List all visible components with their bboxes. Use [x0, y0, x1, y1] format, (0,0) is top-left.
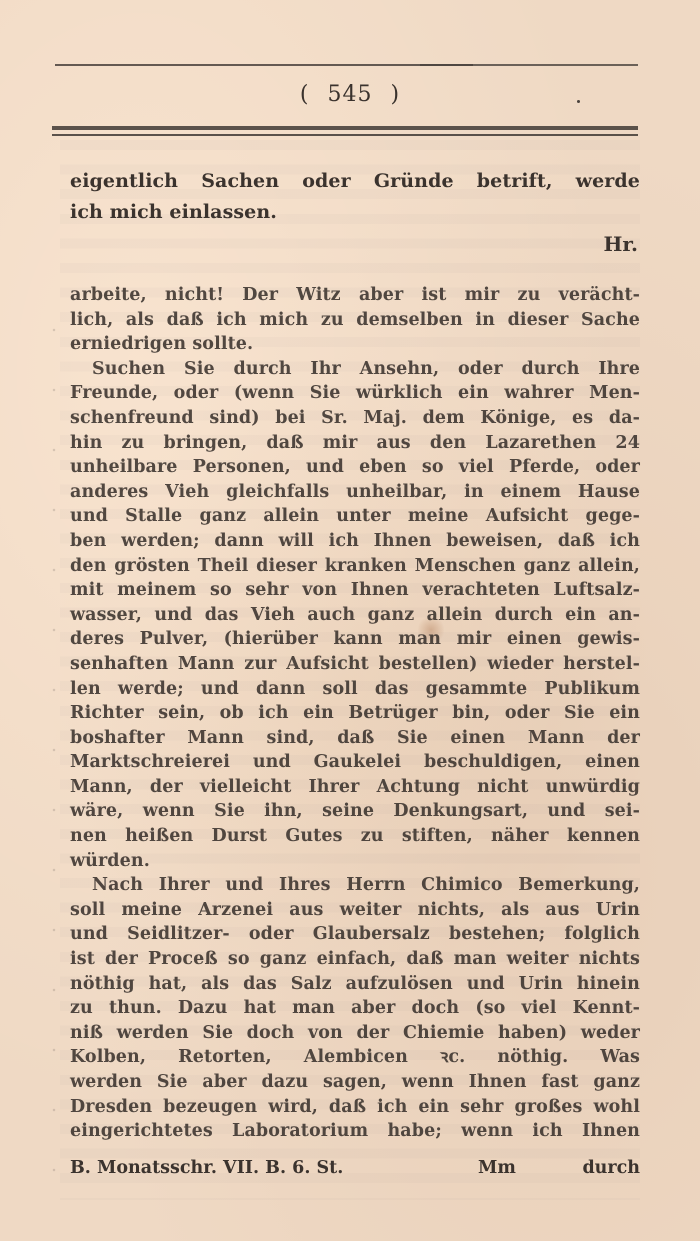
- text-line: werden Sie aber dazu sagen, wenn Ihnen f…: [70, 1070, 640, 1095]
- sheet-mark: Mm: [478, 1158, 516, 1178]
- text-line: und Stalle ganz allein unter meine Aufsi…: [70, 504, 640, 529]
- body-text: arbeite, nicht! Der Witz aber ist mir zu…: [70, 283, 640, 1144]
- text-line: anderes Vieh gleichfalls unheilbar, in e…: [70, 480, 640, 505]
- opening-paragraph: eigentlich Sachen oder Gründe betrift, w…: [70, 166, 640, 228]
- page-number-header: (545): [0, 82, 700, 107]
- text-line: senhaften Mann zur Aufsicht bestellen) w…: [70, 652, 640, 677]
- text-line: Suchen Sie durch Ihr Ansehn, oder durch …: [70, 357, 640, 382]
- header-rule-thin: [52, 134, 638, 136]
- text-line: boshafter Mann sind, daß Sie einen Mann …: [70, 726, 640, 751]
- top-rule-left: [55, 64, 473, 66]
- text-line: ben werden; dann will ich Ihnen beweisen…: [70, 529, 640, 554]
- top-rule-right: [420, 64, 638, 66]
- signature-line: B. Monatsschr. VII. B. 6. St.: [70, 1158, 343, 1178]
- text-line: ist der Proceß so ganz einfach, daß man …: [70, 947, 640, 972]
- book-page: (545) eigentlich Sachen oder Gründe betr…: [0, 0, 700, 1241]
- text-line: wasser, und das Vieh auch ganz allein du…: [70, 603, 640, 628]
- text-line: hin zu bringen, daß mir aus den Lazareth…: [70, 431, 640, 456]
- margin-bleed-specks: [48, 300, 60, 1180]
- text-line: niß werden Sie doch von der Chiemie habe…: [70, 1021, 640, 1046]
- text-line: erniedrigen sollte.: [70, 332, 640, 357]
- text-line: Mann, der vielleicht Ihrer Achtung nicht…: [70, 775, 640, 800]
- catchword-top: Hr.: [603, 232, 638, 256]
- stray-ink-dot: [577, 100, 580, 103]
- text-line: soll meine Arzenei aus weiter nichts, al…: [70, 898, 640, 923]
- header-rule-thick: [52, 126, 638, 130]
- text-line: wäre, wenn Sie ihn, seine Denkungsart, u…: [70, 799, 640, 824]
- text-line: Dresden bezeugen wird, daß ich ein sehr …: [70, 1095, 640, 1120]
- page-number-open-paren: (: [282, 82, 328, 107]
- text-line: Richter sein, ob ich ein Betrüger bin, o…: [70, 701, 640, 726]
- text-line: len werde; und dann soll das gesammte Pu…: [70, 677, 640, 702]
- text-line: und Seidlitzer- oder Glaubersalz bestehe…: [70, 922, 640, 947]
- text-line: lich, als daß ich mich zu demselben in d…: [70, 308, 640, 333]
- text-line: Nach Ihrer und Ihres Herrn Chimico Bemer…: [70, 873, 640, 898]
- text-line: Freunde, oder (wenn Sie würklich ein wah…: [70, 381, 640, 406]
- text-line: deres Pulver, (hierüber kann man mir ein…: [70, 627, 640, 652]
- text-line: den grösten Theil dieser kranken Mensche…: [70, 554, 640, 579]
- text-line: schenfreund sind) bei Sr. Maj. dem König…: [70, 406, 640, 431]
- text-line: nöthig hat, als das Salz aufzulösen und …: [70, 972, 640, 997]
- text-line: arbeite, nicht! Der Witz aber ist mir zu…: [70, 283, 640, 308]
- text-line: mit meinem so sehr von Ihnen verachteten…: [70, 578, 640, 603]
- text-line: zu thun. Dazu hat man aber doch (so viel…: [70, 996, 640, 1021]
- page-footer: B. Monatsschr. VII. B. 6. St. Mm durch: [70, 1158, 640, 1184]
- page-number: 545: [328, 82, 373, 107]
- text-line: eigentlich Sachen oder Gründe betrift, w…: [70, 166, 640, 197]
- text-line: Marktschreierei und Gaukelei beschuldige…: [70, 750, 640, 775]
- text-line: würden.: [70, 849, 640, 874]
- text-line: nen heißen Durst Gutes zu stiften, näher…: [70, 824, 640, 849]
- page-number-close-paren: ): [373, 82, 419, 107]
- text-line: unheilbare Personen, und eben so viel Pf…: [70, 455, 640, 480]
- text-line: Kolben, Retorten, Alembicen ꝛc. nöthig. …: [70, 1045, 640, 1070]
- text-line: ich mich einlassen.: [70, 197, 640, 228]
- text-line: eingerichtetes Laboratorium habe; wenn i…: [70, 1119, 640, 1144]
- catchword-bottom: durch: [582, 1158, 640, 1178]
